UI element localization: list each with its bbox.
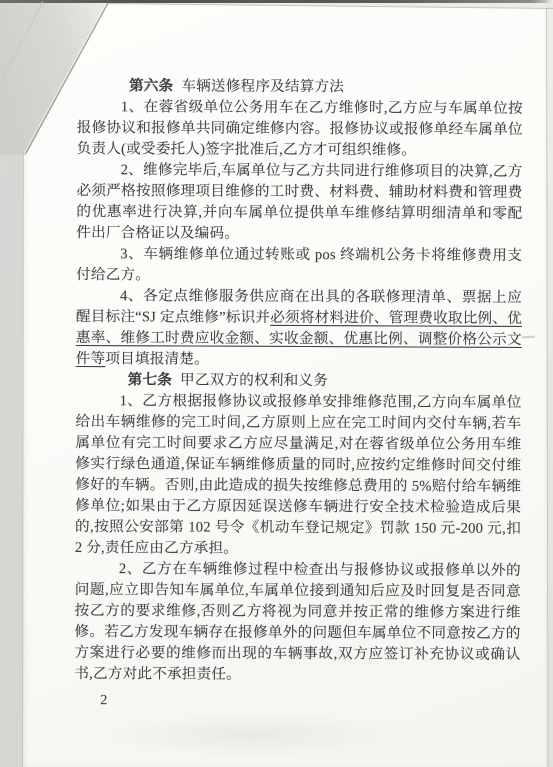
scan-artifact-wrinkle [90, 712, 410, 758]
scan-top-edge-line [0, 0, 553, 3]
article7-item-2-text: 2、乙方在车辆维修过程中检查出与报修协议或报修单以外的问题,应立即告知车属单位,… [74, 561, 521, 683]
article7-number: 第七条 [128, 372, 172, 388]
article6-item-3-text: 3、车辆维修单位通过转账或 pos 终端机公务卡将维修费用支付给乙方。 [76, 246, 522, 283]
article7-heading: 第七条甲乙双方的权利和义务 [76, 370, 522, 393]
scanned-document-view: { "colors": { "ink": "#3c3e45", "paper":… [0, 0, 553, 767]
paper-page: 第六条车辆送修程序及结算方法 1、在蓉省级单位公务用车在乙方维修时,乙方应与车属… [23, 3, 547, 767]
article6-item-1: 1、在蓉省级单位公务用车在乙方维修时,乙方应与车属单位按报修协议和报修单共同确定… [77, 97, 523, 162]
page-number: 2 [74, 690, 520, 713]
article6-item-3: 3、车辆维修单位通过转账或 pos 终端机公务卡将维修费用支付给乙方。 [76, 244, 522, 288]
article6-item-1-text: 1、在蓉省级单位公务用车在乙方维修时,乙方应与车属单位按报修协议和报修单共同确定… [77, 99, 523, 158]
article6-item-4: 4、各定点维修服务供应商在出具的各联修理清单、票据上应醒目标注“SJ 定点维修”… [76, 286, 522, 372]
article6-item-2-text: 2、维修完毕后,车属单位与乙方共同进行维修项目的决算,乙方必须严格按照修理项目维… [76, 162, 522, 242]
scan-right-margin [547, 0, 553, 767]
article7-title: 甲乙双方的权利和义务 [180, 372, 328, 389]
article6-item-4-tail: 项目填报清楚。 [105, 351, 209, 367]
document-body: 第六条车辆送修程序及结算方法 1、在蓉省级单位公务用车在乙方维修时,乙方应与车属… [74, 76, 523, 713]
article7-item-1-text: 1、乙方根据报修协议或报修单安排维修范围,乙方向车属单位给出车辆维修的完工时间,… [75, 393, 522, 557]
article7-item-2: 2、乙方在车辆维修过程中检查出与报修协议或报修单以外的问题,应立即告知车属单位,… [74, 559, 521, 687]
article6-heading: 第六条车辆送修程序及结算方法 [77, 76, 523, 99]
article6-item-2: 2、维修完毕后,车属单位与乙方共同进行维修项目的决算,乙方必须严格按照修理项目维… [76, 160, 522, 246]
article7-item-1: 1、乙方根据报修协议或报修单安排维修范围,乙方向车属单位给出车辆维修的完工时间,… [75, 391, 522, 561]
article6-number: 第六条 [129, 78, 173, 94]
article6-title: 车辆送修程序及结算方法 [181, 78, 344, 95]
under-sheet-edge-line [0, 1, 43, 84]
